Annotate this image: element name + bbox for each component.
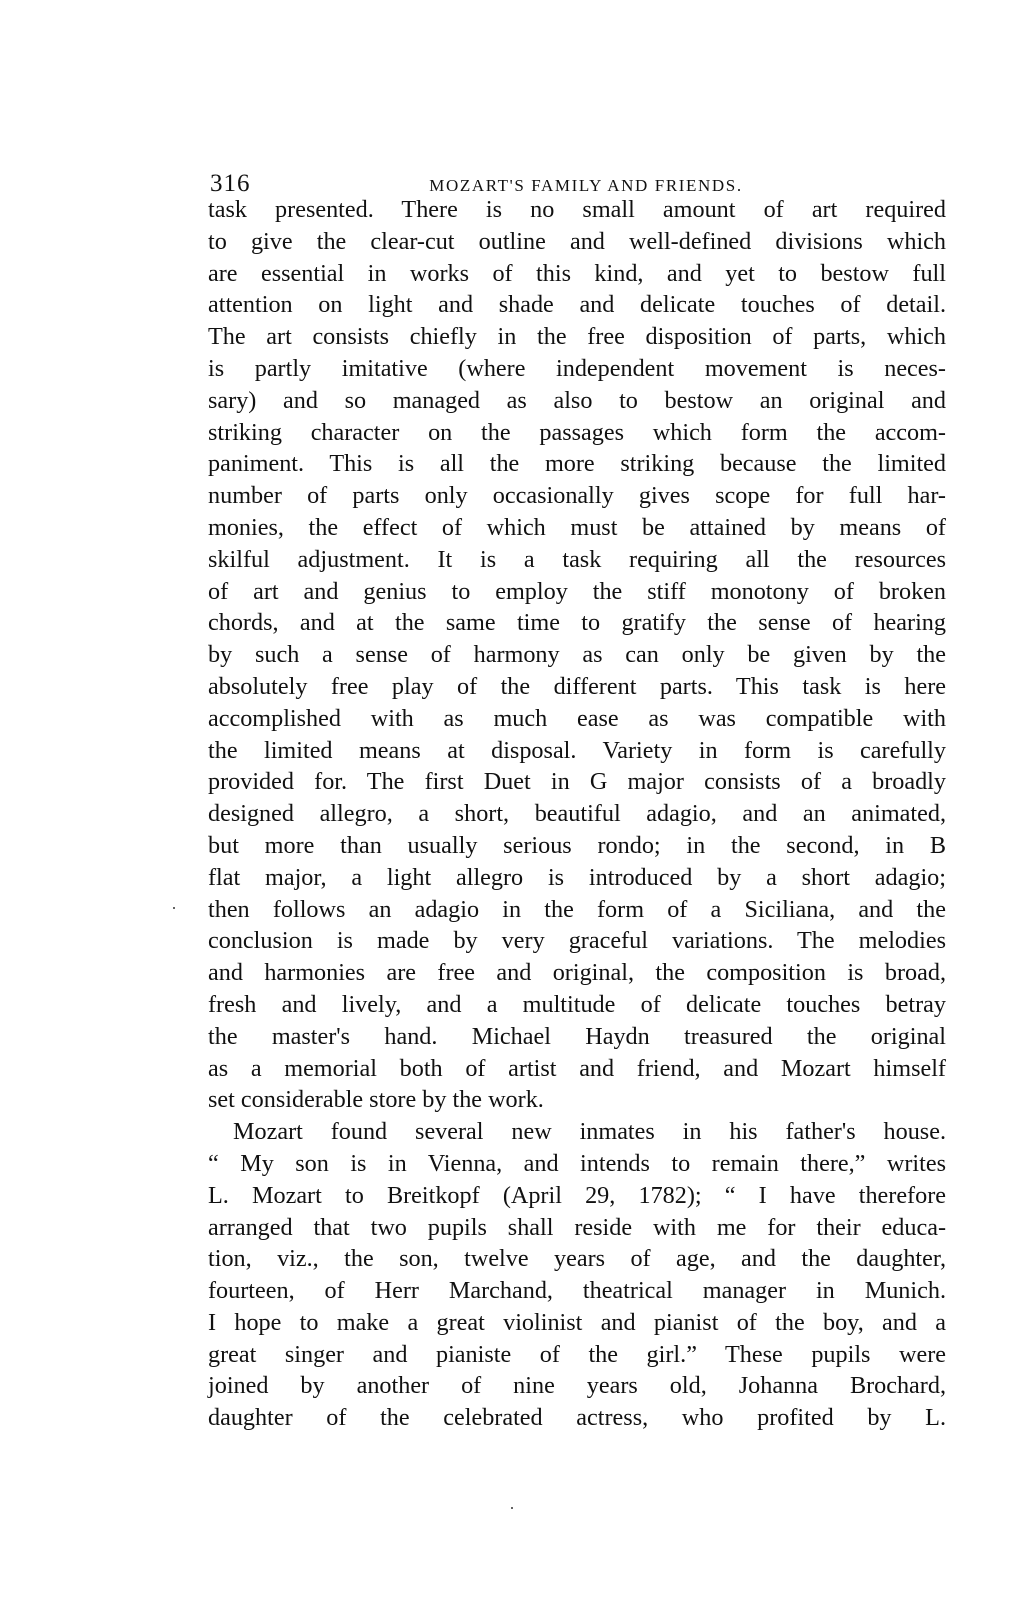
text-line: set considerable store by the work.	[208, 1084, 946, 1116]
text-line: designed allegro, a short, beautiful ada…	[208, 798, 946, 830]
text-line: accomplished with as much ease as was co…	[208, 703, 946, 735]
text-line: task presented. There is no small amount…	[208, 194, 946, 226]
scan-speck	[511, 1507, 513, 1509]
text-line: joined by another of nine years old, Joh…	[208, 1370, 946, 1402]
text-line: fourteen, of Herr Marchand, theatrical m…	[208, 1275, 946, 1307]
text-line: then follows an adagio in the form of a …	[208, 894, 946, 926]
text-line: the master's hand. Michael Haydn treasur…	[208, 1021, 946, 1053]
text-line: but more than usually serious rondo; in …	[208, 830, 946, 862]
text-line: tion, viz., the son, twelve years of age…	[208, 1243, 946, 1275]
text-line: are essential in works of this kind, and…	[208, 258, 946, 290]
text-line: paniment. This is all the more striking …	[208, 448, 946, 480]
text-line: flat major, a light allegro is introduce…	[208, 862, 946, 894]
text-line: attention on light and shade and delicat…	[208, 289, 946, 321]
text-line: and harmonies are free and original, the…	[208, 957, 946, 989]
text-line: The art consists chiefly in the free dis…	[208, 321, 946, 353]
text-line: monies, the effect of which must be atta…	[208, 512, 946, 544]
body-text: task presented. There is no small amount…	[208, 194, 946, 1434]
text-line: is partly imitative (where independent m…	[208, 353, 946, 385]
text-line: the limited means at disposal. Variety i…	[208, 735, 946, 767]
text-line: by such a sense of harmony as can only b…	[208, 639, 946, 671]
text-line: chords, and at the same time to gratify …	[208, 607, 946, 639]
text-line: L. Mozart to Breitkopf (April 29, 1782);…	[208, 1180, 946, 1212]
text-line: fresh and lively, and a multitude of del…	[208, 989, 946, 1021]
text-line: conclusion is made by very graceful vari…	[208, 925, 946, 957]
book-page: 316 MOZART'S FAMILY AND FRIENDS. task pr…	[0, 0, 1034, 1600]
text-line: absolutely free play of the different pa…	[208, 671, 946, 703]
text-line: “ My son is in Vienna, and intends to re…	[208, 1148, 946, 1180]
paragraph-start-line: Mozart found several new inmates in his …	[208, 1116, 946, 1148]
text-line: provided for. The first Duet in G major …	[208, 766, 946, 798]
text-line: number of parts only occasionally gives …	[208, 480, 946, 512]
text-line: I hope to make a great violinist and pia…	[208, 1307, 946, 1339]
text-line: to give the clear-cut outline and well-d…	[208, 226, 946, 258]
text-line: skilful adjustment. It is a task requiri…	[208, 544, 946, 576]
scan-speck	[173, 907, 175, 909]
text-line: great singer and pianiste of the girl.” …	[208, 1339, 946, 1371]
text-line: arranged that two pupils shall reside wi…	[208, 1212, 946, 1244]
text-line: as a memorial both of artist and friend,…	[208, 1053, 946, 1085]
text-line: striking character on the passages which…	[208, 417, 946, 449]
text-line: of art and genius to employ the stiff mo…	[208, 576, 946, 608]
text-line: sary) and so managed as also to bestow a…	[208, 385, 946, 417]
text-line: daughter of the celebrated actress, who …	[208, 1402, 946, 1434]
